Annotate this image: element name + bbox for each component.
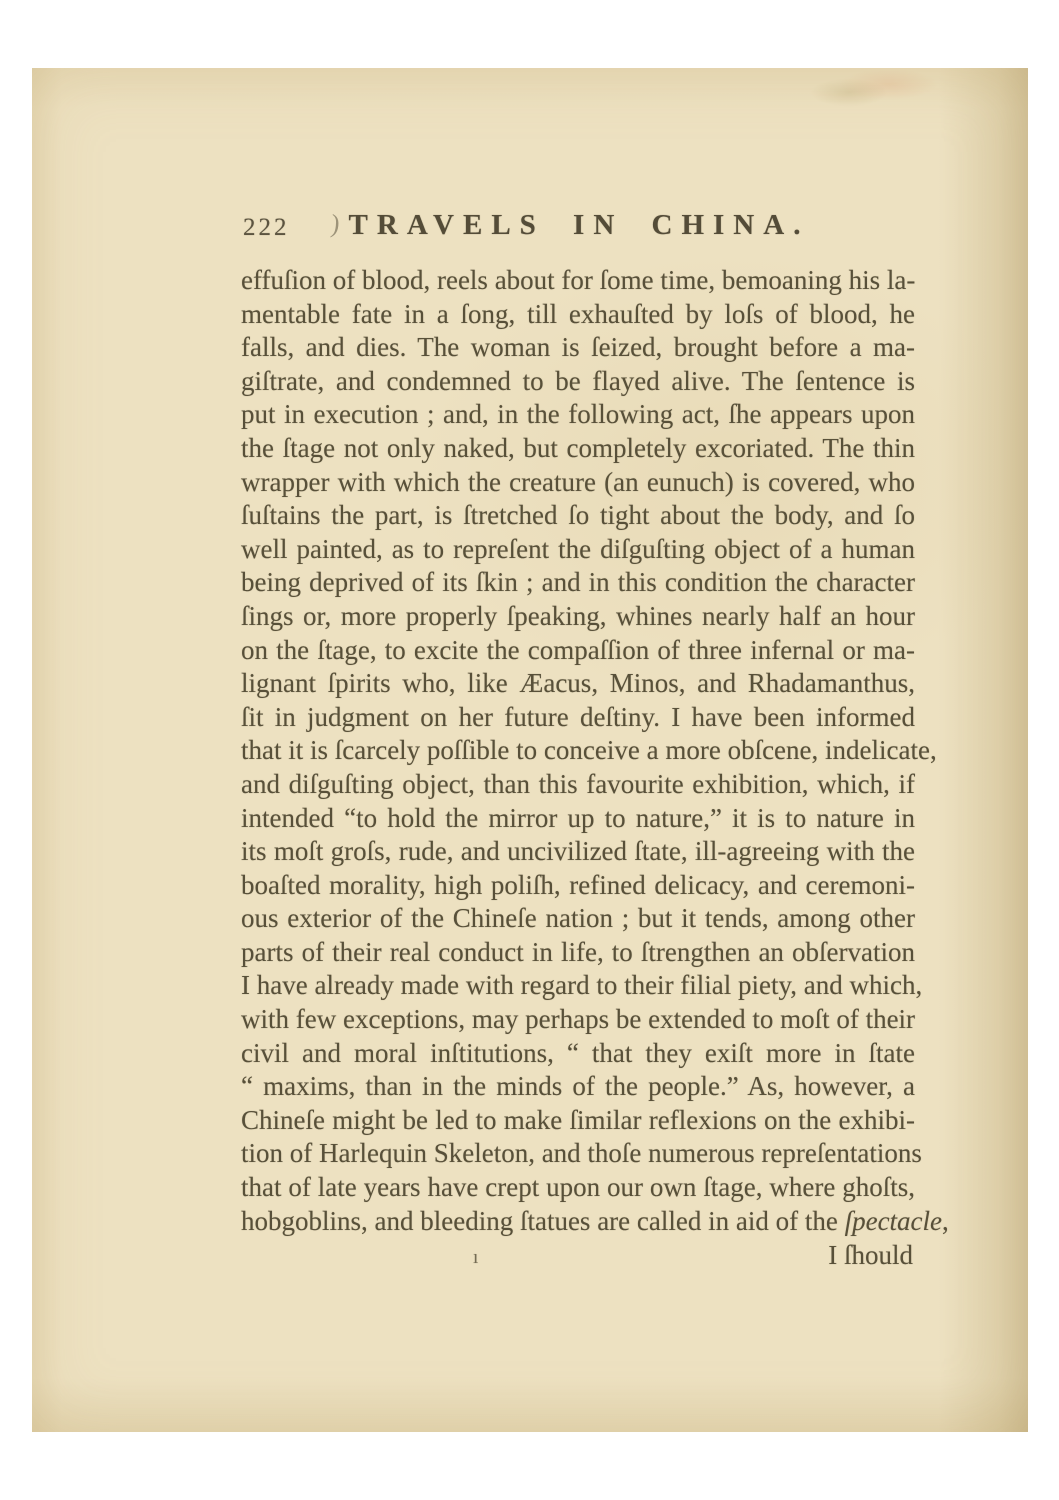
text-line: giſtrate, and condemned to be flayed ali…: [241, 365, 915, 399]
text-segment: hobgoblins, and bleeding ſtatues are cal…: [241, 1206, 845, 1236]
text-line: being deprived of its ſkin ; and in this…: [241, 566, 915, 600]
text-line: that it is ſcarcely poſſible to conceive…: [241, 734, 915, 768]
text-line: wrapper with which the creature (an eunu…: [241, 466, 915, 500]
text-line: parts of their real conduct in life, to …: [241, 936, 915, 970]
page-number: 222: [243, 214, 290, 242]
text-line: mentable fate in a ſong, till exhauſted …: [241, 298, 915, 332]
body-text: effuſion of blood, reels about for ſome …: [241, 264, 915, 1272]
signature-mark: ı: [473, 1241, 478, 1275]
text-line: that of late years have crept upon our o…: [241, 1171, 915, 1205]
text-line: well painted, as to repreſent the diſguſ…: [241, 533, 915, 567]
scan-frame: 222 ) TRAVELS IN CHINA. effuſion of bloo…: [0, 0, 1059, 1500]
text-line-with-italic: hobgoblins, and bleeding ſtatues are cal…: [241, 1205, 915, 1239]
footer-line: ı I ſhould: [241, 1238, 915, 1272]
text-line: ſings or, more properly ſpeaking, whines…: [241, 600, 915, 634]
running-title: TRAVELS IN CHINA.: [243, 209, 915, 242]
text-line: lignant ſpirits who, like Æacus, Minos, …: [241, 667, 915, 701]
text-line: on the ſtage, to excite the compaſſion o…: [241, 634, 915, 668]
catchword: I ſhould: [828, 1238, 913, 1272]
text-line: “ maxims, than in the minds of the peopl…: [241, 1070, 915, 1104]
text-line: effuſion of blood, reels about for ſome …: [241, 264, 915, 298]
text-line: boaſted morality, high poliſh, refined d…: [241, 869, 915, 903]
text-line: intended “to hold the mirror up to natur…: [241, 802, 915, 836]
italic-word: ſpectacle: [845, 1206, 942, 1236]
page-header: 222 ) TRAVELS IN CHINA.: [243, 209, 915, 249]
text-line: with few exceptions, may perhaps be exte…: [241, 1003, 915, 1037]
text-line: ſit in judgment on her future deſtiny. I…: [241, 701, 915, 735]
book-page: 222 ) TRAVELS IN CHINA. effuſion of bloo…: [32, 68, 1028, 1432]
text-line: civil and moral inſtitutions, “ that the…: [241, 1037, 915, 1071]
text-line: and diſguſting object, than this favouri…: [241, 768, 915, 802]
text-line: ous exterior of the Chineſe nation ; but…: [241, 902, 915, 936]
text-segment: ,: [942, 1206, 949, 1236]
text-line: I have already made with regard to their…: [241, 969, 915, 1003]
text-line: tion of Harlequin Skeleton, and thoſe nu…: [241, 1137, 915, 1171]
text-line: the ſtage not only naked, but completely…: [241, 432, 915, 466]
text-line: its moſt groſs, rude, and uncivilized ſt…: [241, 835, 915, 869]
text-line: Chineſe might be led to make ſimilar ref…: [241, 1104, 915, 1138]
text-line: put in execution ; and, in the following…: [241, 398, 915, 432]
text-line: ſuſtains the part, is ſtretched ſo tight…: [241, 499, 915, 533]
text-line: falls, and dies. The woman is ſeized, br…: [241, 331, 915, 365]
